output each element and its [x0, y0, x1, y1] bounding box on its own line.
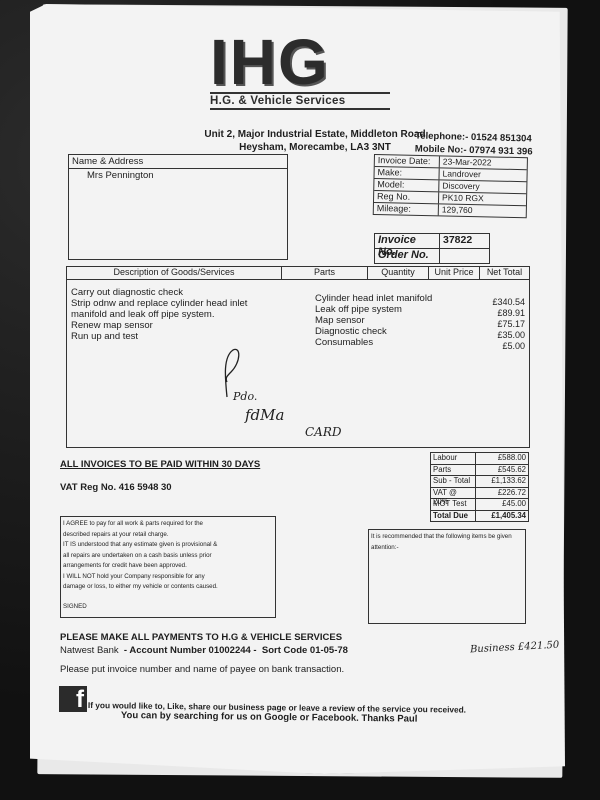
logo-tagline: H.G. & Vehicle Services	[210, 92, 390, 110]
agreement-line: all repairs are undertaken on a cash bas…	[63, 551, 273, 562]
col-quantity: Quantity	[368, 267, 429, 279]
totals-label: Total Due	[431, 511, 476, 522]
customer-header: Name & Address	[69, 155, 287, 169]
parts-total: £545.62	[476, 465, 528, 476]
total-due: £1,405.34	[476, 511, 528, 522]
address-line-1: Unit 2, Major Industrial Estate, Middlet…	[190, 128, 440, 141]
vehicle-make: Landrover	[439, 168, 484, 180]
bank-details: Natwest Bank - Account Number 01002244 -…	[60, 645, 348, 656]
totals-row: Sub - Total£1,133.62	[431, 476, 528, 488]
sort-code: Sort Code 01-05-78	[262, 645, 348, 656]
payment-terms: ALL INVOICES TO BE PAID WITHIN 30 DAYS	[60, 459, 260, 470]
social-message-2: You can by searching for us on Google or…	[121, 710, 418, 725]
agreement-line: arrangements for credit have been approv…	[63, 561, 273, 572]
order-row: Order No.	[375, 249, 489, 263]
totals-label: Parts	[431, 465, 476, 476]
vehicle-row: Mileage:129,760	[374, 203, 526, 217]
vehicle-model: Discovery	[439, 180, 483, 192]
agreement-line: described repairs at your retail charge.	[63, 530, 273, 541]
invoice-row: Invoice No.37822	[375, 234, 489, 249]
field-label: Make:	[374, 167, 439, 179]
company-contact: Telephone:- 01524 851304 Mobile No:- 079…	[415, 129, 533, 158]
part-name: Diagnostic check	[315, 326, 432, 337]
col-net-total: Net Total	[480, 267, 529, 279]
vehicle-reg: PK10 RGX	[439, 192, 487, 204]
totals-label: VAT @ 20%	[431, 488, 476, 499]
totals-label: Sub - Total	[431, 476, 476, 487]
labour-total: £588.00	[476, 453, 528, 464]
parts-list: Cylinder head inlet manifold Leak off pi…	[315, 293, 432, 348]
vehicle-mileage: 129,760	[439, 204, 476, 216]
description-lines: Carry out diagnostic check Strip odnw an…	[71, 287, 247, 342]
totals-table: Labour£588.00 Parts£545.62 Sub - Total£1…	[430, 452, 529, 522]
description-line: Carry out diagnostic check	[71, 287, 247, 298]
totals-row: Labour£588.00	[431, 453, 528, 465]
agreement-line: I AGREE to pay for all work & parts requ…	[63, 519, 273, 530]
facebook-icon: f	[59, 686, 87, 712]
agreement-line: I WILL NOT hold your Company responsible…	[63, 572, 273, 583]
company-address: Unit 2, Major Industrial Estate, Middlet…	[190, 128, 440, 154]
net-value: £89.91	[492, 308, 525, 319]
payment-instruction: Please put invoice number and name of pa…	[60, 664, 344, 675]
vat-total: £226.72	[476, 488, 528, 499]
part-name: Cylinder head inlet manifold	[315, 293, 432, 304]
net-value: £5.00	[492, 341, 525, 352]
bank-name: Natwest Bank	[60, 645, 119, 656]
sub-total: £1,133.62	[476, 476, 528, 487]
totals-row: MOT Test£45.00	[431, 499, 528, 511]
svg-text:fdMa: fdMa	[244, 406, 284, 424]
customer-agreement: I AGREE to pay for all work & parts requ…	[60, 516, 276, 618]
field-label: Mileage:	[374, 203, 439, 215]
account-number: - Account Number 01002244 -	[124, 645, 257, 656]
handwritten-note: Business £421.50	[470, 640, 560, 656]
invoice-date: 23-Mar-2022	[440, 156, 495, 168]
payment-heading: PLEASE MAKE ALL PAYMENTS TO H.G & VEHICL…	[60, 632, 342, 643]
invoice-number-box: Invoice No.37822 Order No.	[374, 233, 490, 264]
net-totals: £340.54 £89.91 £75.17 £35.00 £5.00	[492, 297, 525, 352]
customer-name: Mrs Pennington	[69, 169, 287, 182]
part-name: Map sensor	[315, 315, 432, 326]
company-logo: IHG H.G. & Vehicle Services	[210, 32, 390, 102]
recommendations-box: It is recommended that the following ite…	[368, 529, 526, 624]
agreement-line: damage or loss, to either my vehicle or …	[63, 582, 273, 593]
part-name: Leak off pipe system	[315, 304, 432, 315]
totals-row: Total Due£1,405.34	[431, 511, 528, 522]
description-line: manifold and leak off pipe system.	[71, 309, 247, 320]
logo-letters: IHG	[210, 32, 330, 92]
address-line-2: Heysham, Morecambe, LA3 3NT	[190, 141, 440, 154]
goods-header: Description of Goods/Services Parts Quan…	[67, 267, 529, 280]
invoice-number: 37822	[440, 234, 475, 248]
description-line: Strip odnw and replace cylinder head inl…	[71, 298, 247, 309]
col-unit-price: Unit Price	[429, 267, 480, 279]
order-number	[440, 249, 446, 263]
totals-row: VAT @ 20%£226.72	[431, 488, 528, 500]
net-value: £35.00	[492, 330, 525, 341]
totals-label: MOT Test	[431, 499, 476, 510]
col-description: Description of Goods/Services	[67, 267, 282, 279]
net-value: £340.54	[492, 297, 525, 308]
description-line: Renew map sensor	[71, 320, 247, 331]
handwritten-signature: Pdo. fdMa CARD	[215, 342, 355, 442]
customer-box: Name & Address Mrs Pennington	[68, 154, 288, 260]
signed-label: SIGNED	[63, 602, 273, 613]
totals-row: Parts£545.62	[431, 465, 528, 477]
description-line: Run up and test	[71, 331, 247, 342]
order-number-label: Order No.	[375, 249, 440, 263]
vehicle-details: Invoice Date:23-Mar-2022 Make:Landrover …	[373, 154, 528, 218]
recommendation-line: It is recommended that the following ite…	[371, 532, 523, 543]
svg-text:CARD: CARD	[305, 425, 342, 439]
vat-registration: VAT Reg No. 416 5948 30	[60, 482, 172, 493]
invoice-document: IHG H.G. & Vehicle Services Unit 2, Majo…	[30, 4, 565, 774]
totals-label: Labour	[431, 453, 476, 464]
mot-total: £45.00	[476, 499, 528, 510]
field-label: Model:	[374, 179, 439, 191]
net-value: £75.17	[492, 319, 525, 330]
col-parts: Parts	[282, 267, 368, 279]
field-label: Reg No.	[374, 191, 439, 203]
field-label: Invoice Date:	[375, 155, 440, 167]
invoice-number-label: Invoice No.	[375, 234, 440, 248]
agreement-line: IT IS understood that any estimate given…	[63, 540, 273, 551]
recommendation-line: attention:-	[371, 543, 523, 554]
svg-text:Pdo.: Pdo.	[232, 390, 257, 403]
